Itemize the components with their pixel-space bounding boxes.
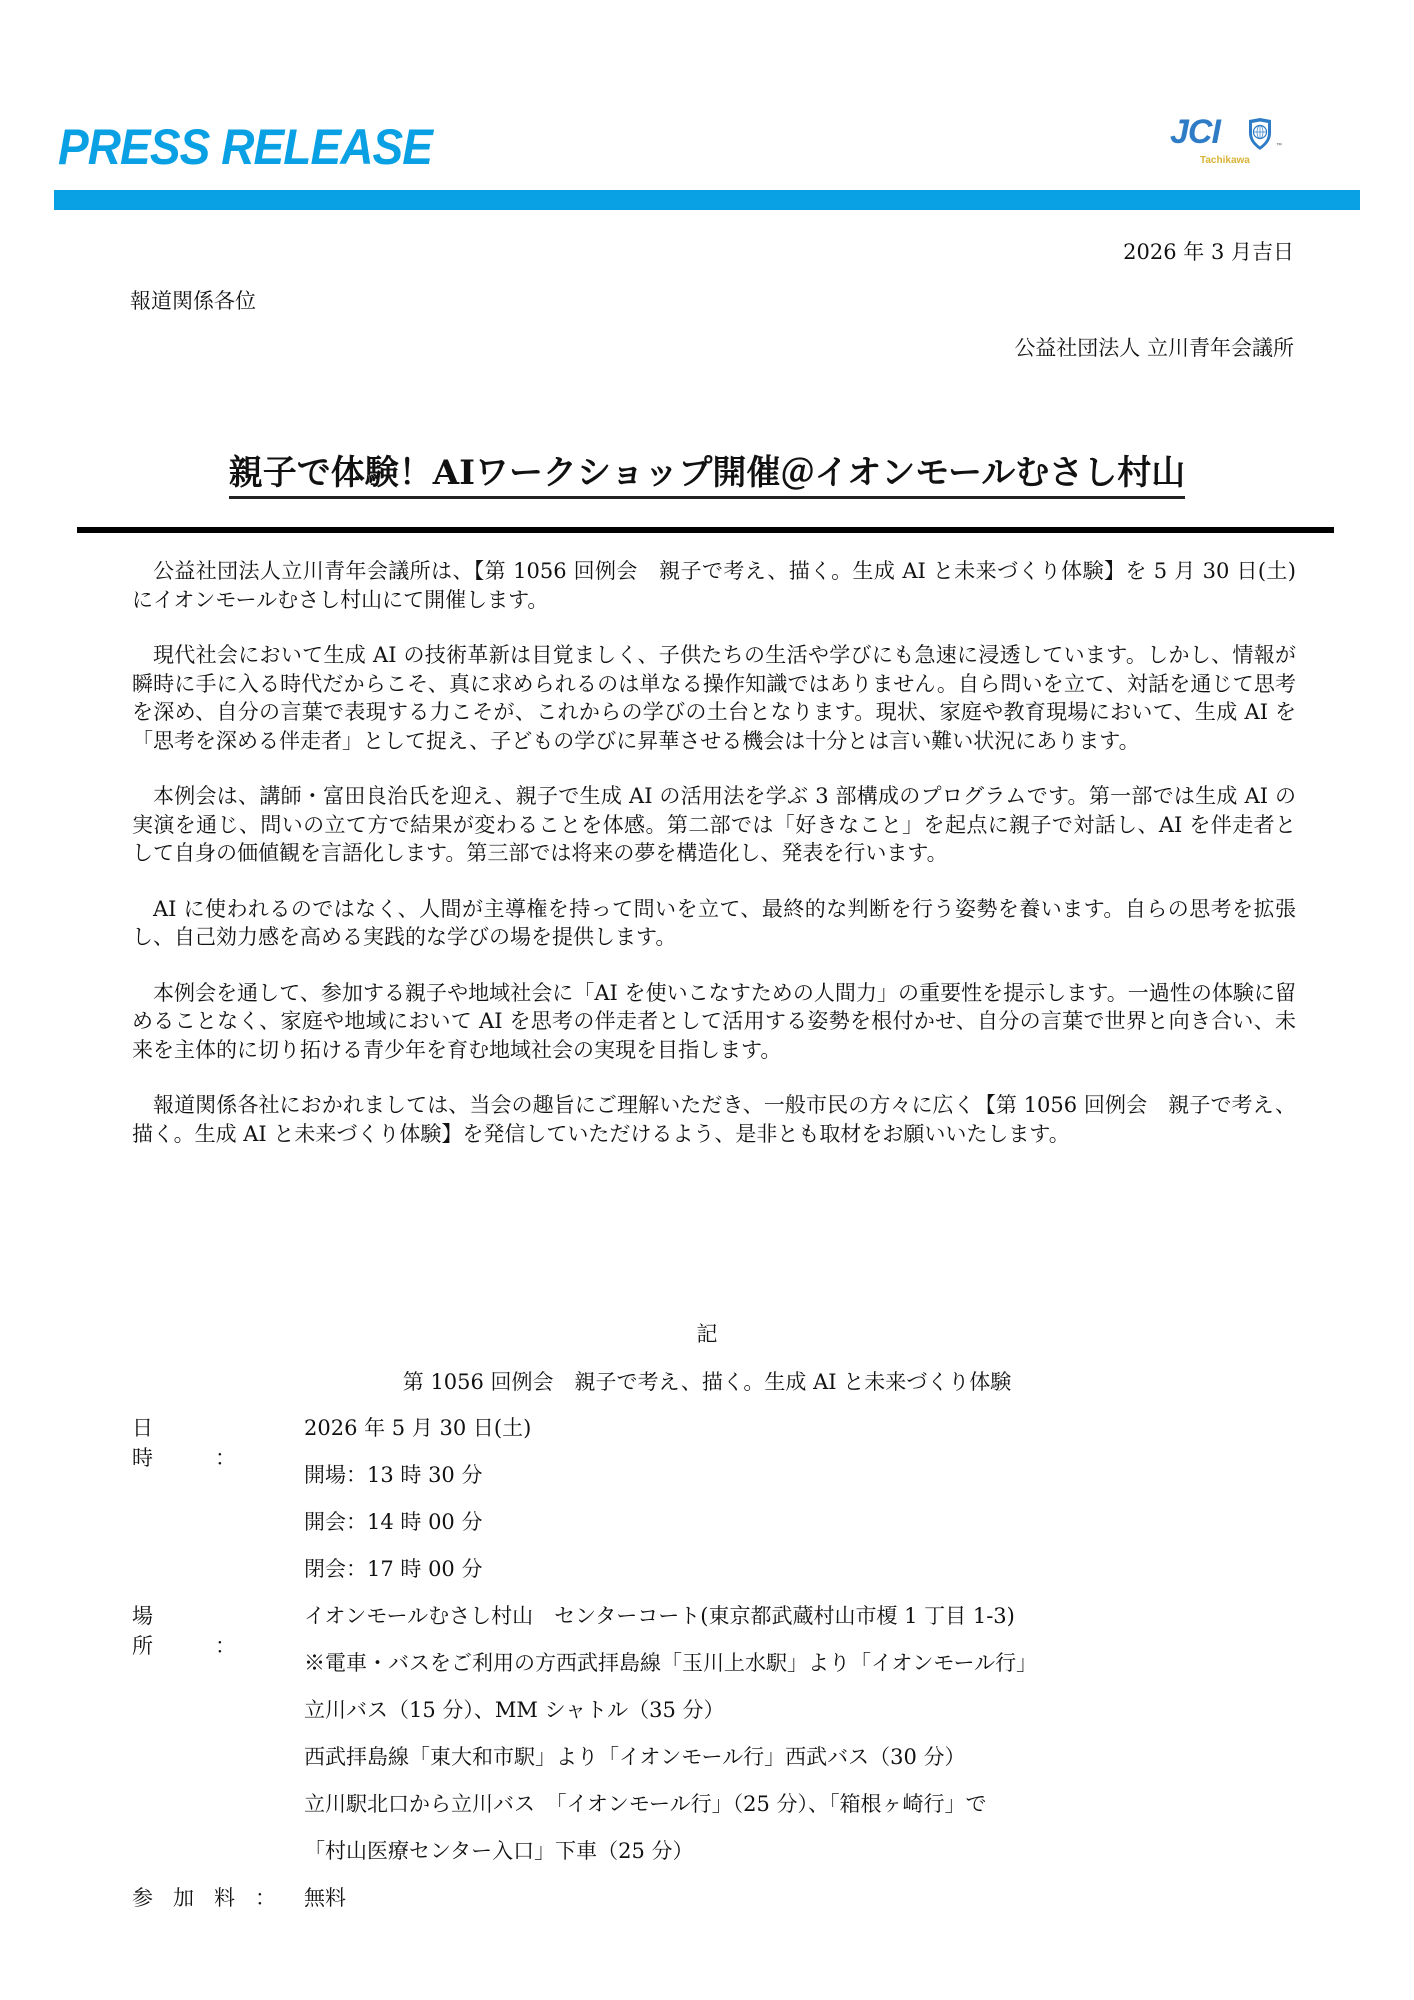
access-row-4: 立川駅北口から立川バス 「イオンモール行」（25 分）、「箱根ヶ崎行」で xyxy=(132,1788,1037,1835)
datetime-colon: ： xyxy=(215,1446,236,1470)
ki-heading: 記 xyxy=(0,1318,1414,1348)
paragraph-background: 現代社会において生成 AI の技術革新は目覚ましく、子供たちの生活や学びにも急速… xyxy=(132,641,1296,755)
logo-subtitle: Tachikawa xyxy=(1200,155,1250,166)
fee-row: 参加料： 無料 xyxy=(132,1882,1037,1929)
issue-date: 2026 年 3 月吉日 xyxy=(1123,236,1294,266)
place-colon: ： xyxy=(215,1634,236,1658)
doors-open-time: 開場：13 時 30 分 xyxy=(304,1459,482,1489)
sender-organization: 公益社団法人 立川青年会議所 xyxy=(1014,332,1294,362)
access-note: ※電車・バスをご利用の方西武拝島線「玉川上水駅」より「イオンモール行」 xyxy=(304,1647,1037,1677)
event-title: 第 1056 回例会 親子で考え、描く。生成 AI と未来づくり体験 xyxy=(0,1366,1414,1396)
access-bus-1: 立川バス（15 分）、MM シャトル（35 分） xyxy=(304,1694,725,1724)
fee-colon: ： xyxy=(255,1886,276,1910)
paragraph-vision: 本例会を通して、参加する親子や地域社会に「AI を使いこなすための人間力」の重要… xyxy=(132,979,1296,1065)
datetime-label-text: 日時 xyxy=(132,1416,215,1470)
access-row-2: 立川バス（15 分）、MM シャトル（35 分） xyxy=(132,1694,1037,1741)
datetime-row-start: 開会：14 時 00 分 xyxy=(132,1506,1037,1553)
event-details: 日時： 2026 年 5 月 30 日(土) 開場：13 時 30 分 開会：1… xyxy=(132,1412,1037,1929)
body-text: 公益社団法人立川青年会議所は、【第 1056 回例会 親子で考え、描く。生成 A… xyxy=(132,557,1296,1175)
header-blue-bar xyxy=(54,190,1360,210)
shield-emblem-icon xyxy=(1246,117,1274,151)
headline: 親子で体験！AIワークショップ開催＠イオンモールむさし村山 xyxy=(229,445,1186,499)
venue: イオンモールむさし村山 センターコート(東京都武蔵村山市榎 1 丁目 1-3) xyxy=(304,1600,1015,1630)
place-label-text: 場所 xyxy=(132,1604,215,1658)
access-bus-2: 西武拝島線「東大和市駅」より「イオンモール行」西武バス（30 分） xyxy=(304,1741,966,1771)
place-row: 場所： イオンモールむさし村山 センターコート(東京都武蔵村山市榎 1 丁目 1… xyxy=(132,1600,1037,1647)
end-time: 閉会：17 時 00 分 xyxy=(304,1553,482,1583)
access-bus-3: 立川駅北口から立川バス 「イオンモール行」（25 分）、「箱根ヶ崎行」で xyxy=(304,1788,987,1818)
addressee: 報道関係各位 xyxy=(130,285,256,315)
access-row-5: 「村山医療センター入口」下車（25 分） xyxy=(132,1835,1037,1882)
jci-logo: JCI ™ Tachikawa xyxy=(1170,115,1290,185)
paragraph-goal: AI に使われるのではなく、人間が主導権を持って問いを立て、最終的な判断を行う姿… xyxy=(132,895,1296,952)
datetime-label: 日時： xyxy=(132,1412,304,1472)
datetime-row-end: 閉会：17 時 00 分 xyxy=(132,1553,1037,1600)
fee-label: 参加料： xyxy=(132,1882,304,1912)
headline-container: 親子で体験！AIワークショップ開催＠イオンモールむさし村山 xyxy=(0,445,1414,499)
datetime-row: 日時： 2026 年 5 月 30 日(土) xyxy=(132,1412,1037,1459)
paragraph-program: 本例会は、講師・富田良治氏を迎え、親子で生成 AI の活用法を学ぶ 3 部構成の… xyxy=(132,782,1296,868)
fee-value: 無料 xyxy=(304,1882,346,1912)
press-release-title: PRESS RELEASE xyxy=(58,122,432,172)
logo-wordmark: JCI xyxy=(1170,115,1220,149)
paragraph-intro: 公益社団法人立川青年会議所は、【第 1056 回例会 親子で考え、描く。生成 A… xyxy=(132,557,1296,614)
place-label: 場所： xyxy=(132,1600,304,1660)
access-row-3: 西武拝島線「東大和市駅」より「イオンモール行」西武バス（30 分） xyxy=(132,1741,1037,1788)
fee-label-text: 参加料 xyxy=(132,1886,255,1910)
access-bus-3-stop: 「村山医療センター入口」下車（25 分） xyxy=(304,1835,694,1865)
datetime-date: 2026 年 5 月 30 日(土) xyxy=(304,1412,531,1442)
trademark-symbol: ™ xyxy=(1276,143,1282,149)
paragraph-request: 報道関係各社におかれましては、当会の趣旨にご理解いただき、一般市民の方々に広く【… xyxy=(132,1091,1296,1148)
divider-rule xyxy=(77,527,1334,533)
start-time: 開会：14 時 00 分 xyxy=(304,1506,482,1536)
